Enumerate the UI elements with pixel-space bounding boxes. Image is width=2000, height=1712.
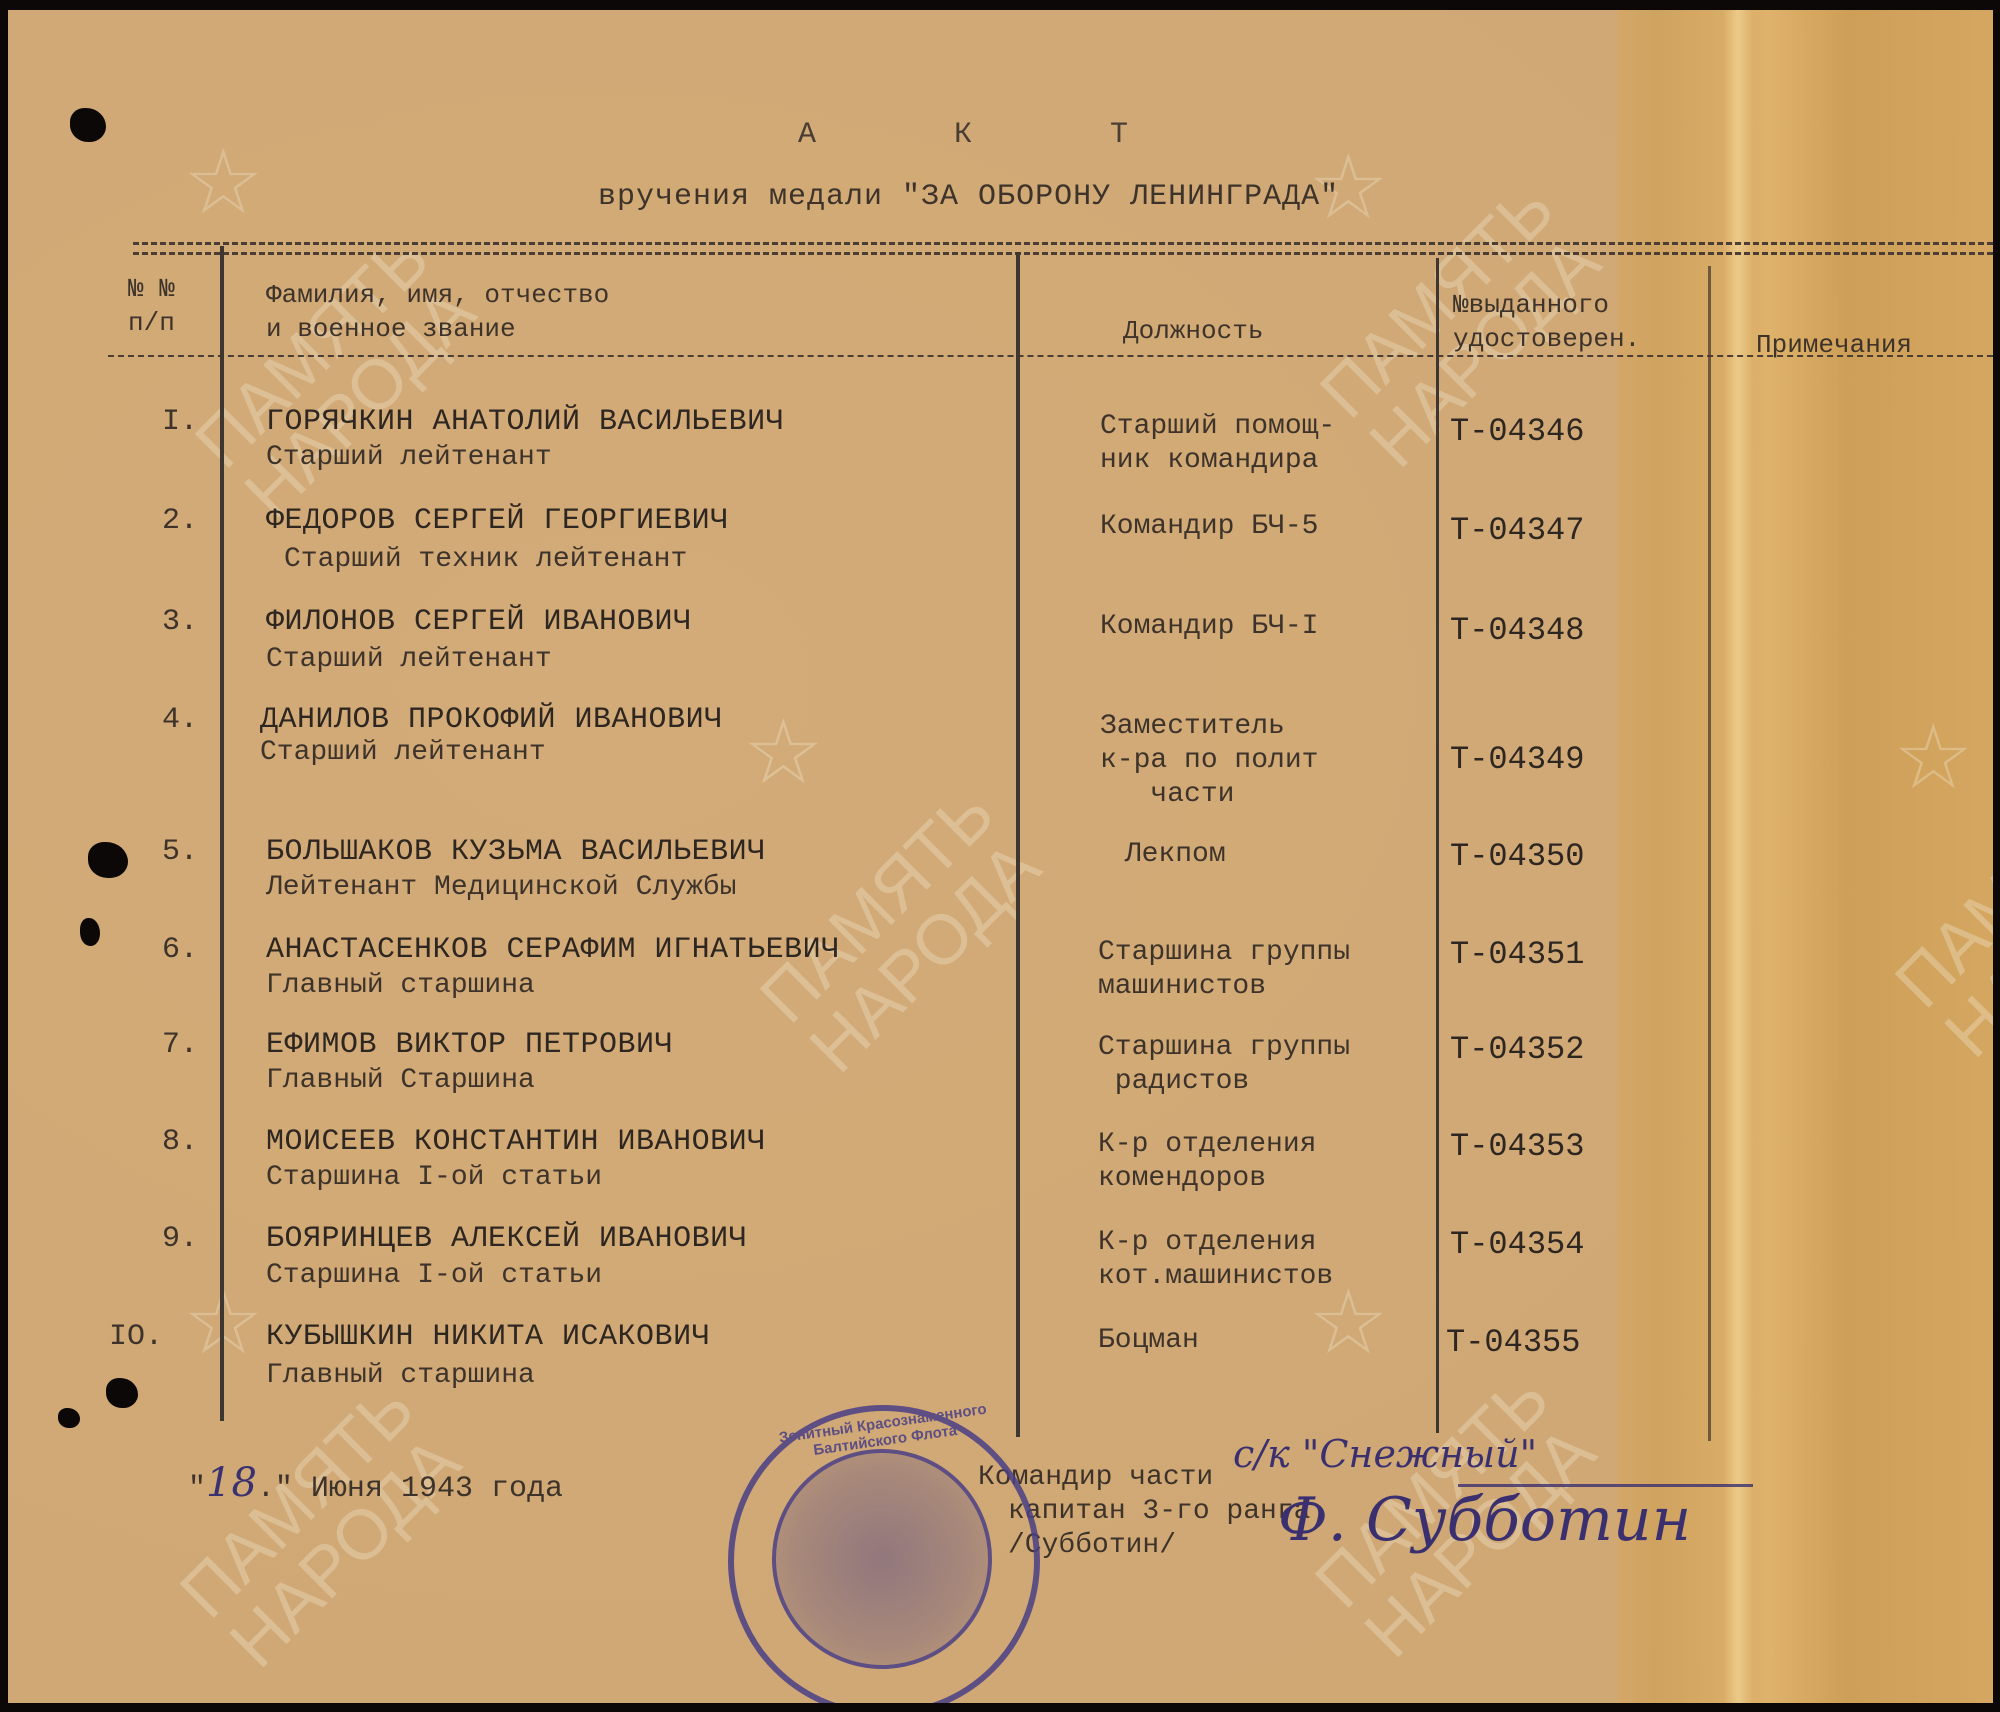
repair-tape-strip	[1618, 10, 1993, 1703]
signer-rank: капитан 3-го ранга	[1008, 1496, 1310, 1527]
row-rank: Главный старшина	[266, 970, 535, 1001]
row-certificate-number: Т-04346	[1450, 413, 1584, 450]
row-certificate-number: Т-04347	[1450, 512, 1584, 549]
row-number: 2.	[108, 504, 198, 538]
row-full-name: ДАНИЛОВ ПРОКОФИЙ ИВАНОВИЧ	[260, 703, 723, 737]
row-number: 5.	[108, 835, 198, 869]
column-divider	[1016, 252, 1020, 1437]
row-position: Старший помощ- ник командира	[1100, 410, 1335, 478]
binding-hole	[106, 1378, 138, 1408]
table-top-rule	[133, 252, 1993, 255]
row-full-name: БОЯРИНЦЕВ АЛЕКСЕЙ ИВАНОВИЧ	[266, 1222, 747, 1256]
row-full-name: ГОРЯЧКИН АНАТОЛИЙ ВАСИЛЬЕВИЧ	[266, 405, 784, 439]
header-name-line2: и военное звание	[266, 312, 609, 346]
header-notes: Примечания	[1756, 328, 1912, 362]
row-full-name: ЕФИМОВ ВИКТОР ПЕТРОВИЧ	[266, 1028, 673, 1062]
watermark-text: ПАМЯТЬ НАРОДА	[748, 777, 1055, 1084]
watermark-text: ПАМЯТЬ НАРОДА	[168, 1372, 475, 1679]
handwritten-note: с/к "Снежный"	[1233, 1432, 1537, 1476]
row-certificate-number: Т-04352	[1450, 1031, 1584, 1068]
row-number: 4.	[108, 703, 198, 737]
header-number-line2: п/п	[128, 306, 175, 340]
binding-hole	[58, 1408, 80, 1428]
row-rank: Старший лейтенант	[266, 644, 552, 675]
watermark-star-icon: ☆	[1893, 705, 1974, 810]
header-position: Должность	[1123, 314, 1263, 348]
binding-hole	[80, 918, 100, 946]
row-certificate-number: Т-04349	[1450, 741, 1584, 778]
tape-crease	[1723, 10, 1753, 1703]
row-number: 9.	[108, 1222, 198, 1256]
row-position: Заместитель к-ра по полит части	[1100, 710, 1318, 812]
header-name: Фамилия, имя, отчество и военное звание	[266, 278, 609, 346]
date-quote: "	[188, 1472, 206, 1506]
column-divider	[1436, 258, 1439, 1433]
column-divider	[220, 246, 224, 1421]
row-position: К-р отделения комендоров	[1098, 1128, 1316, 1196]
binding-hole	[70, 108, 106, 142]
row-position: Командир БЧ-5	[1100, 510, 1318, 544]
row-certificate-number: Т-04353	[1450, 1128, 1584, 1165]
row-full-name: ФИЛОНОВ СЕРГЕЙ ИВАНОВИЧ	[266, 605, 692, 639]
row-number: I.	[108, 405, 198, 439]
document-date: "18." Июня 1943 года	[188, 1460, 563, 1506]
header-number-line1: № №	[128, 272, 175, 306]
row-number: 8.	[108, 1125, 198, 1159]
row-certificate-number: Т-04355	[1446, 1324, 1580, 1361]
row-position: Старшина группы машинистов	[1098, 936, 1350, 1004]
date-month-year: ." Июня 1943 года	[257, 1472, 563, 1506]
header-certificate: №выданного удостоверен.	[1453, 288, 1640, 356]
watermark-star-icon: ☆	[743, 700, 824, 805]
watermark-star-icon: ☆	[183, 130, 264, 235]
header-certificate-line2: удостоверен.	[1453, 322, 1640, 356]
row-rank: Старшина I-ой статьи	[266, 1162, 602, 1193]
header-number: № № п/п	[128, 272, 175, 340]
row-certificate-number: Т-04351	[1450, 936, 1584, 973]
table-top-rule	[133, 242, 1993, 245]
header-name-line1: Фамилия, имя, отчество	[266, 278, 609, 312]
handwritten-signature: Ф. Субботин	[1278, 1485, 1691, 1555]
row-certificate-number: Т-04354	[1450, 1226, 1584, 1263]
row-certificate-number: Т-04350	[1450, 838, 1584, 875]
stamp-emblem	[772, 1449, 992, 1669]
row-full-name: КУБЫШКИН НИКИТА ИСАКОВИЧ	[266, 1320, 710, 1354]
row-rank: Главный старшина	[266, 1360, 535, 1391]
document-title: А К Т	[798, 118, 1188, 152]
signature-underline	[1458, 1484, 1753, 1487]
row-full-name: АНАСТАСЕНКОВ СЕРАФИМ ИГНАТЬЕВИЧ	[266, 933, 840, 967]
row-full-name: МОИСЕЕВ КОНСТАНТИН ИВАНОВИЧ	[266, 1125, 766, 1159]
watermark-text: ПАМЯТЬ НАРОДА	[183, 222, 490, 529]
row-rank: Старший техник лейтенант	[284, 544, 687, 575]
header-certificate-line1: №выданного	[1453, 288, 1640, 322]
date-day-handwritten: 18	[206, 1460, 257, 1506]
row-certificate-number: Т-04348	[1450, 612, 1584, 649]
row-full-name: ФЕДОРОВ СЕРГЕЙ ГЕОРГИЕВИЧ	[266, 504, 729, 538]
row-number: 6.	[108, 933, 198, 967]
row-position: К-р отделения кот.машинистов	[1098, 1226, 1333, 1294]
row-rank: Лейтенант Медицинской Службы	[266, 872, 736, 903]
row-number: 3.	[108, 605, 198, 639]
official-stamp: Зенитный Красознаменного Балтийского Фло…	[728, 1405, 1040, 1703]
row-position: Командир БЧ-I	[1100, 610, 1318, 644]
row-rank: Старший лейтенант	[266, 442, 552, 473]
column-divider	[1708, 266, 1711, 1441]
row-number: 7.	[108, 1028, 198, 1062]
row-position: Боцман	[1098, 1324, 1199, 1358]
row-position: Старшина группы радистов	[1098, 1031, 1350, 1099]
row-position: Лекпом	[1108, 838, 1226, 872]
row-rank: Старшина I-ой статьи	[266, 1260, 602, 1291]
row-rank: Старший лейтенант	[260, 737, 546, 768]
row-rank: Главный Старшина	[266, 1065, 535, 1096]
row-full-name: БОЛЬШАКОВ КУЗЬМА ВАСИЛЬЕВИЧ	[266, 835, 766, 869]
document-page: ☆ ПАМЯТЬ НАРОДА ☆ ПАМЯТЬ НАРОДА ☆ ПАМЯТЬ…	[8, 10, 1993, 1703]
document-subtitle: вручения медали "ЗА ОБОРОНУ ЛЕНИНГРАДА"	[598, 180, 1339, 214]
row-number: IO.	[73, 1320, 163, 1354]
